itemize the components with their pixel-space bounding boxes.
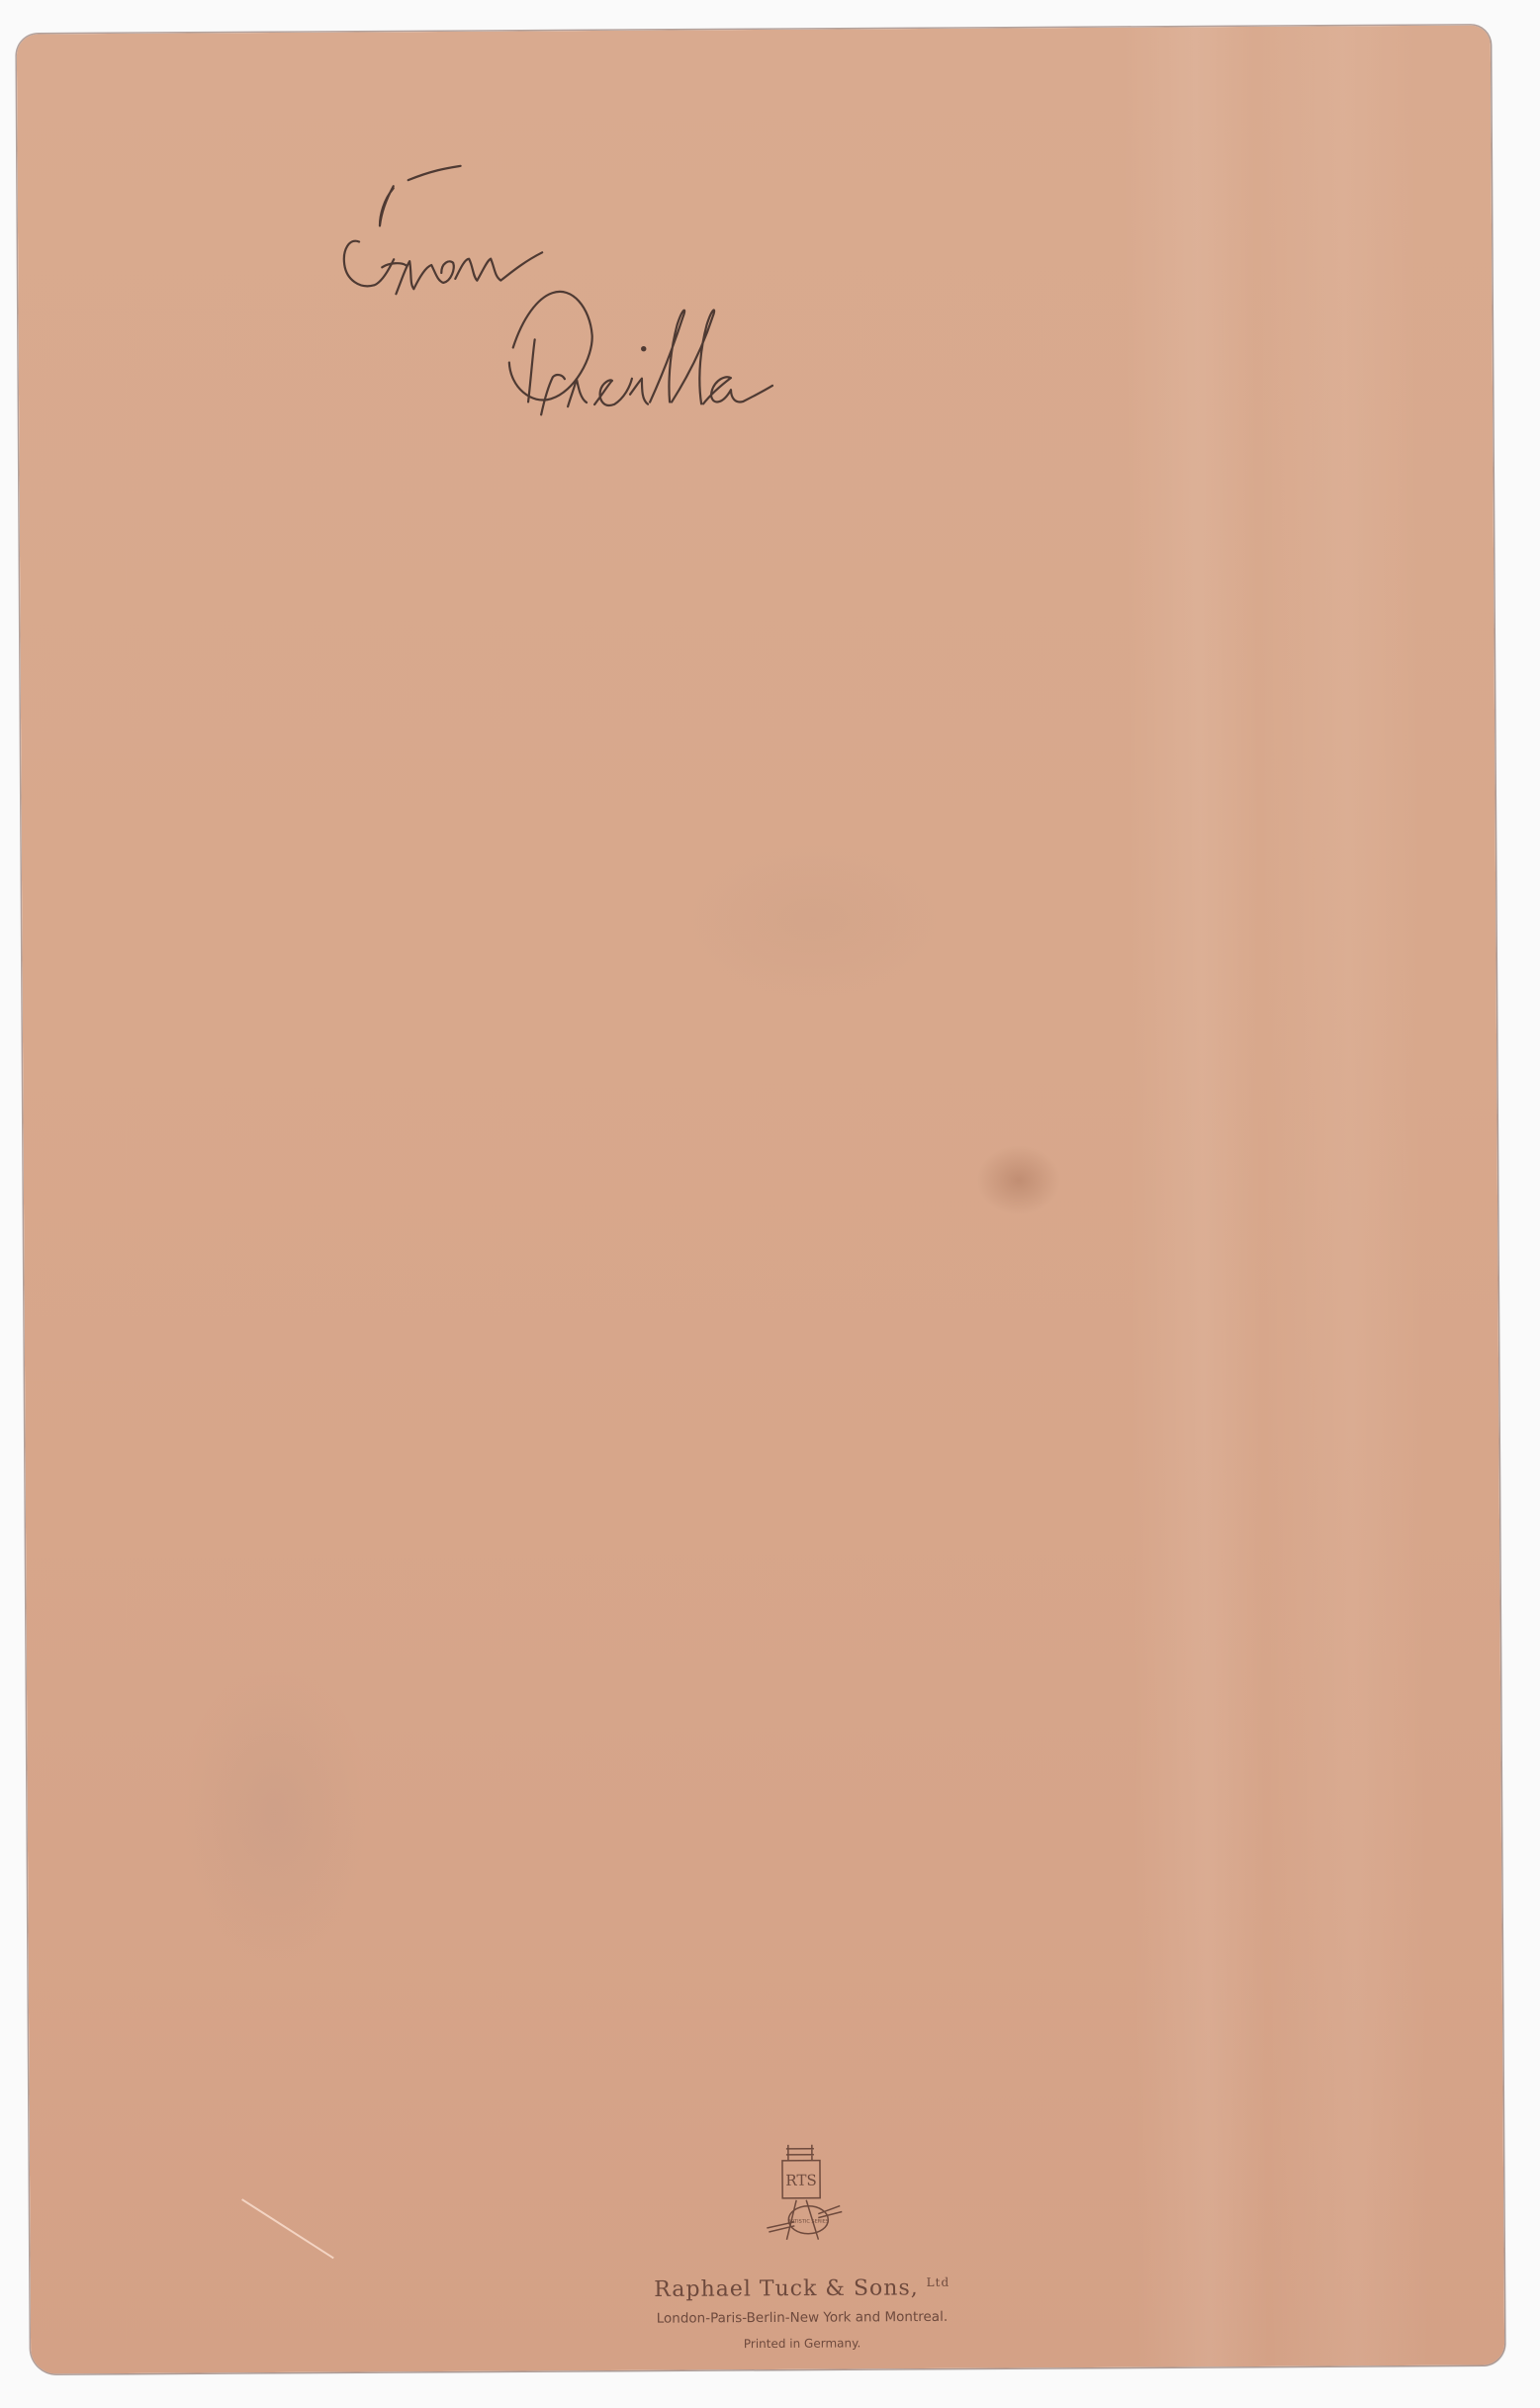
printed-in-country: Printed in Germany. [545,2332,1059,2357]
scan-background: From Priscilla [0,0,1540,2408]
card-crease [241,2198,334,2259]
postcard-back: From Priscilla [17,25,1504,2373]
logo-monogram: RTS [785,2172,816,2189]
publisher-suffix: Ltd [927,2275,951,2289]
handwritten-inscription: From Priscilla [315,146,1058,478]
publisher-name-text: Raphael Tuck & Sons, [654,2275,919,2302]
publisher-name: Raphael Tuck & Sons, Ltd [545,2268,1059,2305]
logo-palette-text: ARTISTIC SERIES [788,2219,830,2225]
easel-palette-icon: RTS ARTISTIC SERIES [757,2140,847,2250]
publisher-imprint: RTS ARTISTIC SERIES Raphael Tuck & Sons,… [544,2139,1059,2357]
publisher-cities: London-Paris-Berlin-New York and Montrea… [545,2306,1059,2331]
handwriting-script-icon [315,146,1058,478]
